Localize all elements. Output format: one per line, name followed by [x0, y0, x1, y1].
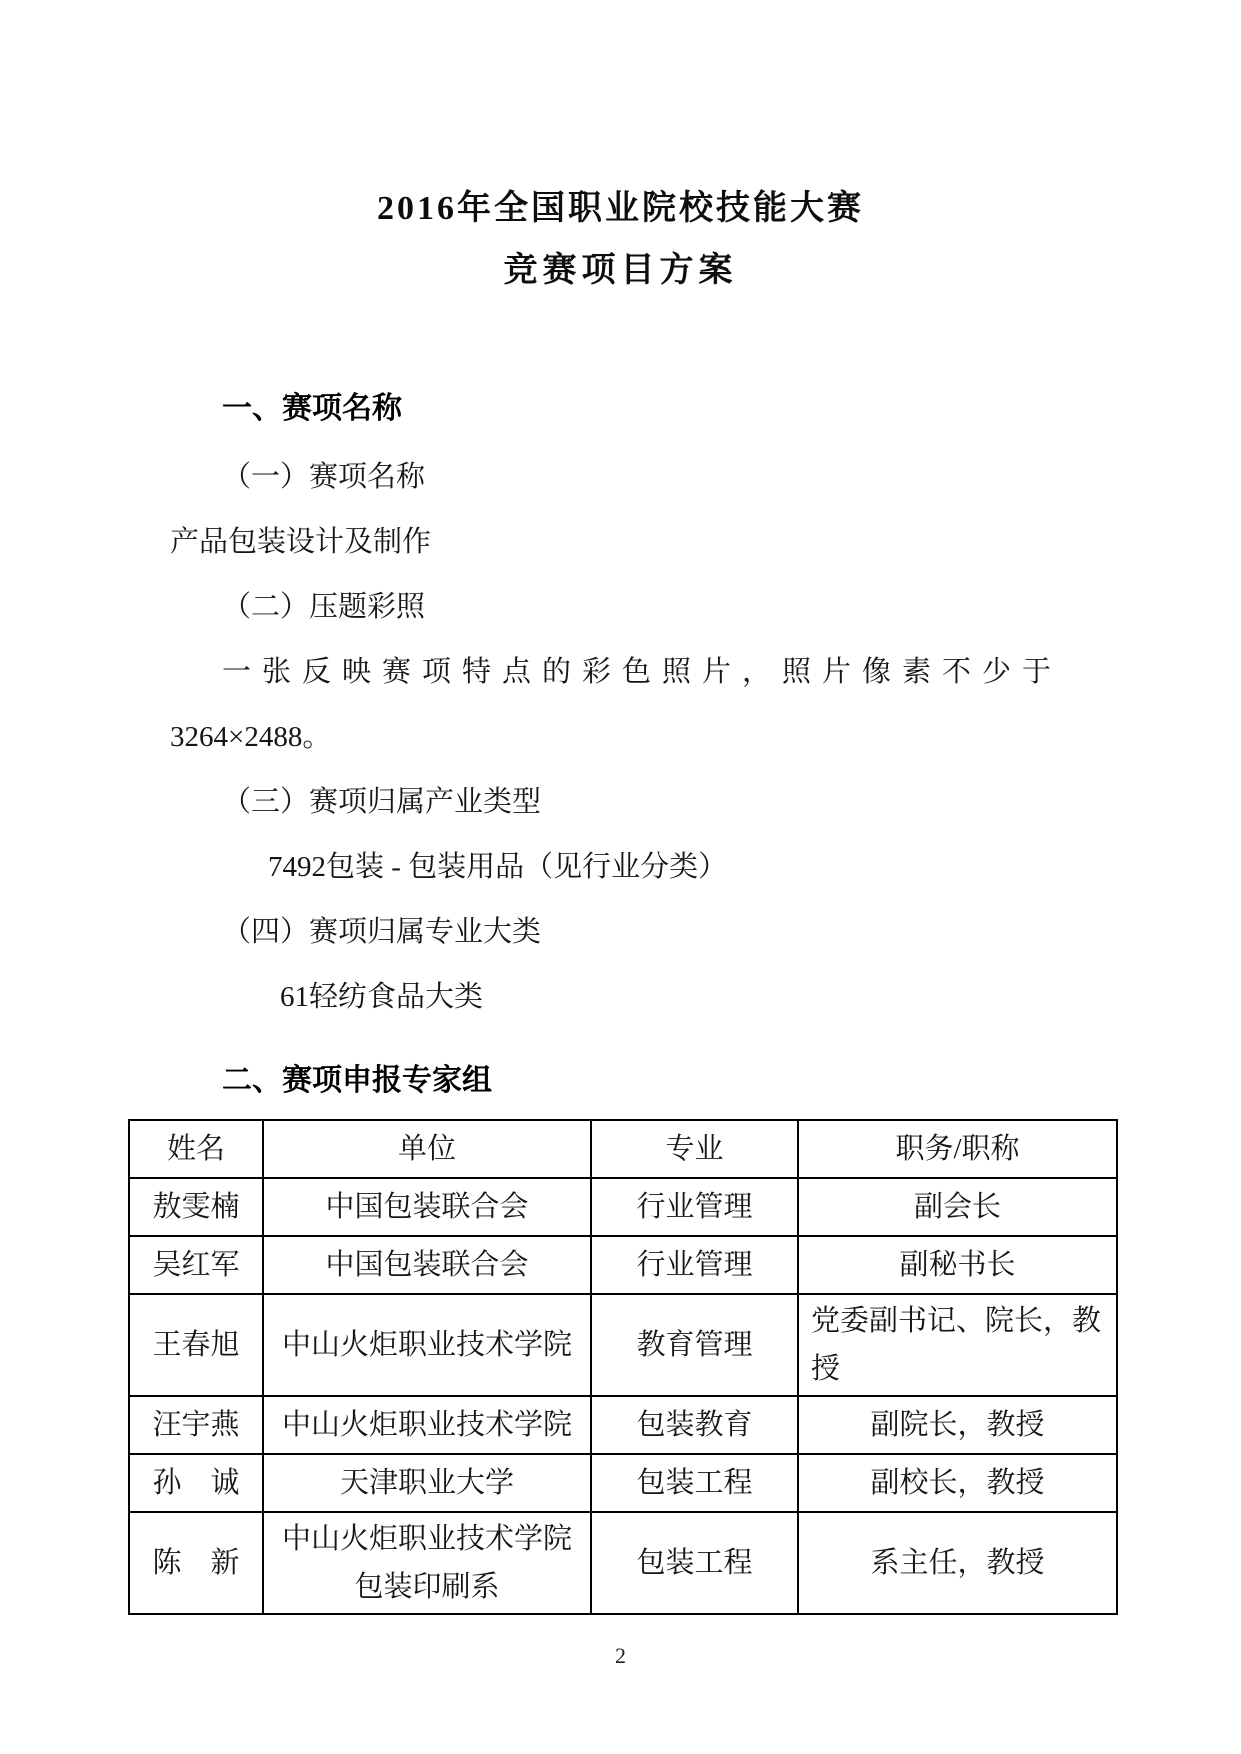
table-cell: 中山火炬职业技术学院: [263, 1396, 591, 1454]
table-cell: 天津职业大学: [263, 1454, 591, 1512]
document-page: 2016年全国职业院校技能大赛 竞赛项目方案 一、赛项名称 （一）赛项名称 产品…: [0, 0, 1241, 1754]
table-row: 吴红军中国包装联合会行业管理副秘书长: [129, 1236, 1117, 1294]
document-title-line1: 2016年全国职业院校技能大赛: [0, 185, 1241, 233]
table-cell: 副校长，教授: [798, 1454, 1117, 1512]
document-body: 一、赛项名称 （一）赛项名称 产品包装设计及制作 （二）压题彩照 一张反映赛项特…: [170, 387, 1070, 1103]
table-cell: 孙 诚: [129, 1454, 263, 1512]
section1-item4-label: （四）赛项归属专业大类: [170, 910, 1070, 954]
table-cell: 敖雯楠: [129, 1178, 263, 1236]
table-body: 敖雯楠中国包装联合会行业管理副会长吴红军中国包装联合会行业管理副秘书长王春旭中山…: [129, 1178, 1117, 1614]
table-row: 孙 诚天津职业大学包装工程副校长，教授: [129, 1454, 1117, 1512]
page-number: 2: [0, 1643, 1241, 1669]
table-cell: 中国包装联合会: [263, 1236, 591, 1294]
table-header-name: 姓名: [129, 1120, 263, 1178]
table-cell: 王春旭: [129, 1294, 263, 1396]
section1-item2-label: （二）压题彩照: [170, 585, 1070, 629]
table-row: 陈 新中山火炬职业技术学院 包装印刷系包装工程系主任，教授: [129, 1512, 1117, 1614]
table-cell: 党委副书记、院长，教授: [798, 1294, 1117, 1396]
table-row: 汪宇燕中山火炬职业技术学院包装教育副院长，教授: [129, 1396, 1117, 1454]
table-cell: 副院长，教授: [798, 1396, 1117, 1454]
section1-item2-text-line2: 3264×2488。: [170, 715, 1070, 759]
table-cell: 陈 新: [129, 1512, 263, 1614]
table-header-title: 职务/职称: [798, 1120, 1117, 1178]
section1-item3-value: 7492包装 - 包装用品（见行业分类）: [170, 845, 1070, 889]
table-row: 敖雯楠中国包装联合会行业管理副会长: [129, 1178, 1117, 1236]
table-header-row: 姓名 单位 专业 职务/职称: [129, 1120, 1117, 1178]
section2-heading: 二、赛项申报专家组: [170, 1059, 1070, 1103]
table-row: 王春旭中山火炬职业技术学院教育管理党委副书记、院长，教授: [129, 1294, 1117, 1396]
document-title-line2: 竞赛项目方案: [0, 247, 1241, 295]
table-cell: 中山火炬职业技术学院 包装印刷系: [263, 1512, 591, 1614]
table-cell: 汪宇燕: [129, 1396, 263, 1454]
table-cell: 系主任，教授: [798, 1512, 1117, 1614]
table-cell: 中国包装联合会: [263, 1178, 591, 1236]
table-cell: 副会长: [798, 1178, 1117, 1236]
table-cell: 行业管理: [591, 1178, 798, 1236]
section1-heading: 一、赛项名称: [170, 387, 1070, 431]
section1-item4-value: 61轻纺食品大类: [170, 975, 1070, 1019]
table-cell: 教育管理: [591, 1294, 798, 1396]
table-cell: 包装工程: [591, 1454, 798, 1512]
table-cell: 中山火炬职业技术学院: [263, 1294, 591, 1396]
section1-item1-label: （一）赛项名称: [170, 455, 1070, 499]
table-header-unit: 单位: [263, 1120, 591, 1178]
table-cell: 副秘书长: [798, 1236, 1117, 1294]
section1-item3-label: （三）赛项归属产业类型: [170, 780, 1070, 824]
table-cell: 包装教育: [591, 1396, 798, 1454]
section1-item2-text-line1: 一张反映赛项特点的彩色照片，照片像素不少于: [170, 650, 1070, 694]
table-cell: 包装工程: [591, 1512, 798, 1614]
table-cell: 吴红军: [129, 1236, 263, 1294]
expert-table: 姓名 单位 专业 职务/职称 敖雯楠中国包装联合会行业管理副会长吴红军中国包装联…: [128, 1119, 1118, 1615]
table-cell: 行业管理: [591, 1236, 798, 1294]
section1-item1-value: 产品包装设计及制作: [170, 520, 1070, 564]
table-header-major: 专业: [591, 1120, 798, 1178]
